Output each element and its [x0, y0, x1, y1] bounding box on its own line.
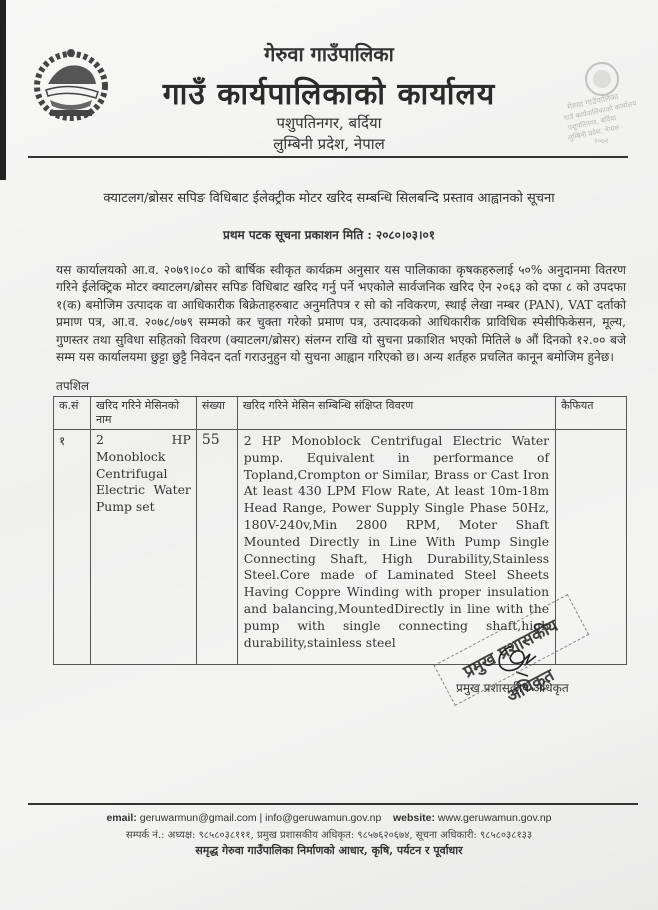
notice-title: क्याटलग/ब्रोसर सपिङ विधिबाट ईलेक्ट्रीक म… — [0, 188, 658, 206]
header-quantity: संख्या — [196, 397, 237, 430]
notice-body: यस कार्यालयको आ.व. २०७९।०८० को बार्षिक स… — [56, 262, 626, 366]
header-divider — [28, 156, 628, 158]
website-label: website: — [393, 812, 435, 824]
website-value[interactable]: www.geruwamun.gov.np — [438, 812, 552, 824]
table-header-row: क.सं खरिद गरिने मेसिनको नाम संख्या खरिद … — [54, 397, 627, 430]
footer-contact-online: email: geruwarmun@gmail.com | info@geruw… — [0, 812, 658, 824]
footer-phone-numbers: सम्पर्क नं.: अध्यक्ष: ९८५८०३८१११, प्रमुख… — [0, 827, 658, 841]
cell-quantity: 55 — [196, 430, 237, 665]
cell-serial: १ — [54, 430, 91, 665]
publication-date: प्रथम पटक सूचना प्रकाशन मिति : २०८०।०३।०… — [0, 226, 658, 243]
footer-divider — [28, 803, 638, 805]
cell-machine-name: 2 HP Monoblock Centrifugal Electric Wate… — [90, 430, 196, 665]
email-label: email: — [106, 812, 136, 824]
footer-slogan: समृद्ध गेरुवा गाउँपालिका निर्माणको आधार,… — [0, 843, 658, 858]
email-value[interactable]: geruwarmun@gmail.com | info@geruwamun.go… — [140, 812, 382, 824]
svg-text:२०७२: २०७२ — [594, 137, 609, 145]
header-description: खरिद गरिने मेसिन सम्बिन्धि संक्षिप्त विव… — [237, 397, 555, 430]
details-label: तपशिल — [56, 377, 89, 394]
header-serial: क.सं — [54, 397, 91, 430]
header-remarks: कैफियत — [556, 397, 627, 430]
header-machine-name: खरिद गरिने मेसिनको नाम — [90, 397, 196, 430]
municipality-seal-icon: गेरुवा गाउँपालिका गाउँ कार्यपालिकाको कार… — [556, 55, 646, 145]
